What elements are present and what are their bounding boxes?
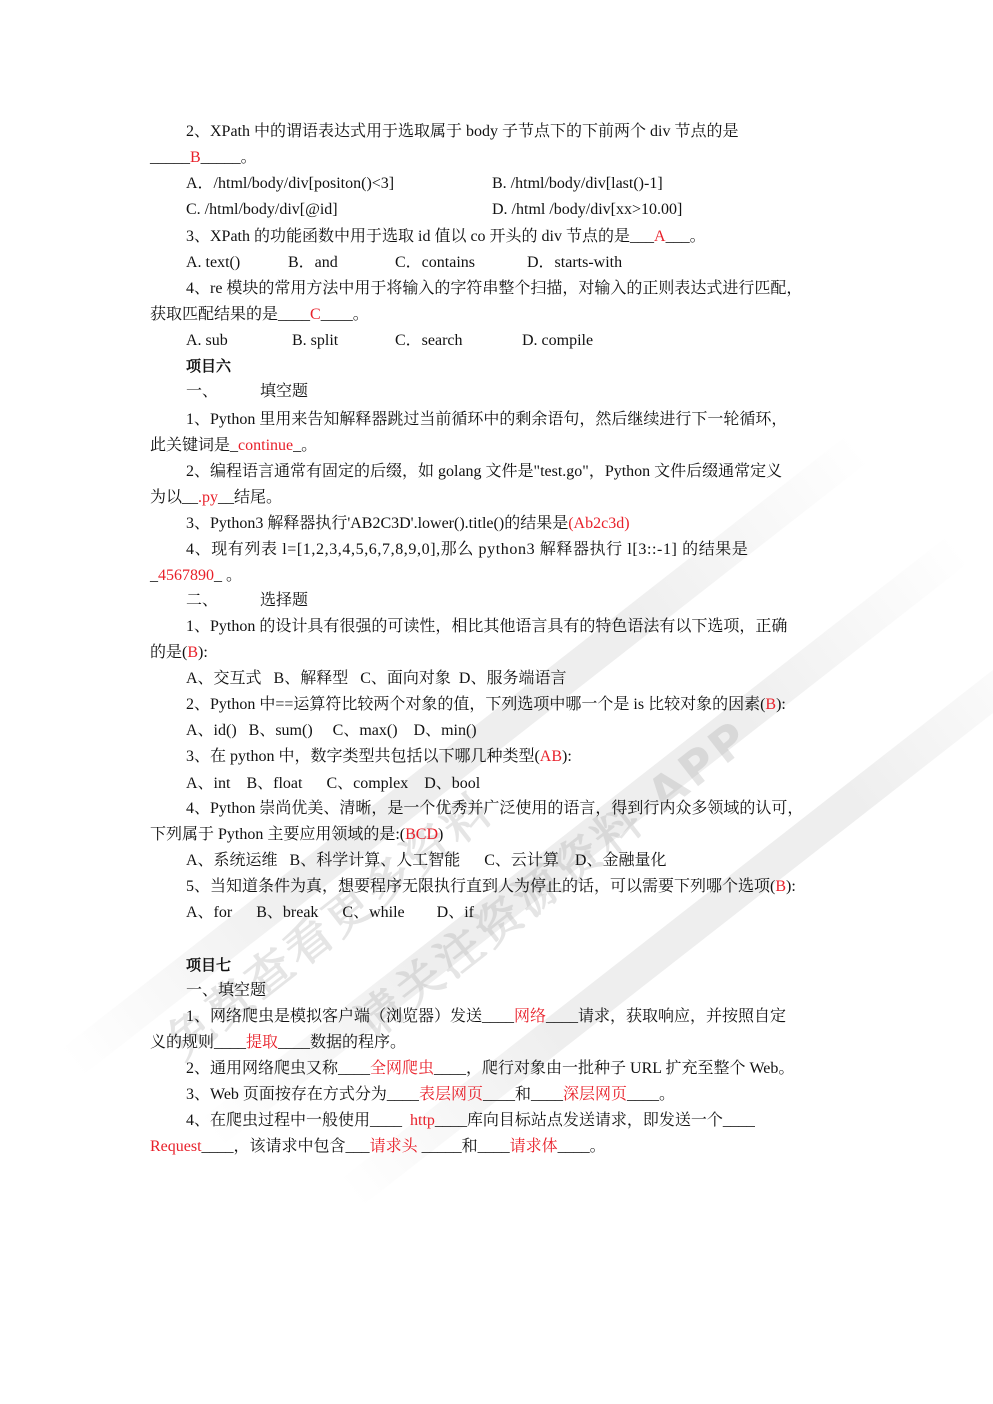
subsection-title: 一、填空题: [186, 981, 266, 1001]
answer: 提取: [246, 1034, 278, 1051]
option: B. /html/body/div[last()-1]: [492, 174, 663, 194]
answer-line: Request____，该请求中包含___请求头 _____和____请求体__…: [150, 1137, 606, 1157]
answer: AB: [540, 748, 562, 765]
option: C．search: [395, 331, 463, 351]
answer: continue: [238, 437, 293, 454]
answer: .py: [198, 489, 218, 506]
options-line: A、int B、float C、complex D、bool: [186, 774, 480, 794]
answer-line: 为以__.py__结尾。: [150, 488, 282, 508]
answer: C: [310, 306, 321, 323]
option: B．and: [288, 253, 338, 273]
subsection-title: 一、填空题: [186, 382, 308, 402]
answer-line: 义的规则____提取____数据的程序。: [150, 1033, 406, 1053]
answer: B: [187, 644, 198, 661]
option: C．contains: [395, 253, 475, 273]
answer: B: [765, 696, 776, 713]
question-line: 1、Python 的设计具有很强的可读性，相比其他语言具有的特色语法有以下选项，…: [186, 617, 787, 637]
section-title: 项目七: [186, 955, 231, 975]
question-line: 4、Python 崇尚优美、清晰，是一个优秀并广泛使用的语言，得到行内众多领域的…: [186, 799, 803, 819]
question-line: 2、XPath 中的谓语表达式用于选取属于 body 子节点下的下前两个 div…: [186, 122, 738, 142]
answer: 请求头: [370, 1138, 418, 1155]
question-line: 4、现有列表 l=[1,2,3,4,5,6,7,8,9,0],那么 python…: [186, 540, 749, 560]
question-line: 2、编程语言通常有固定的后缀，如 golang 文件是"test.go"，Pyt…: [186, 462, 782, 482]
answer: 全网爬虫: [370, 1060, 434, 1077]
answer-line: 下列属于 Python 主要应用领域的是:(BCD): [150, 825, 443, 845]
answer-line: _4567890_ 。: [150, 566, 242, 586]
answer-line: 此关键词是_continue_。: [150, 436, 317, 456]
answer: 4567890: [158, 567, 214, 584]
answer: 请求体: [510, 1138, 558, 1155]
answer: B: [775, 878, 786, 895]
options-line: A、交互式 B、解释型 C、面向对象 D、服务端语言: [186, 669, 566, 689]
question-line: 4、在爬虫过程中一般使用____ http____库向目标站点发送请求，即发送一…: [186, 1111, 755, 1131]
subsection-title: 二、选择题: [186, 591, 308, 611]
answer-line: 的是(B):: [150, 643, 208, 663]
question-line: 1、Python 里用来告知解释器跳过当前循环中的剩余语句，然后继续进行下一轮循…: [186, 410, 787, 430]
options-line: A、for B、break C、while D、if: [186, 903, 474, 923]
answer: Request: [150, 1138, 202, 1155]
answer: A: [654, 228, 666, 245]
question-line: 3、Web 页面按存在方式分为____表层网页____和____深层网页____…: [186, 1085, 675, 1105]
answer: http: [410, 1112, 435, 1129]
option: A. sub: [186, 331, 228, 351]
question-line: 5、当知道条件为真，想要程序无限执行直到人为停止的话，可以需要下列哪个选项(B)…: [186, 877, 796, 897]
answer: B: [190, 149, 201, 166]
question-line: 2、通用网络爬虫又称____全网爬虫____，爬行对象由一批种子 URL 扩充至…: [186, 1059, 794, 1079]
option: A. text(): [186, 253, 240, 273]
answer-line: _____B_____。: [150, 148, 257, 168]
answer: (Ab2c3d): [568, 515, 629, 532]
option: A．/html/body/div[positon()<3]: [186, 174, 394, 194]
answer: BCD: [405, 826, 438, 843]
question-line: 2、Python 中==运算符比较两个对象的值，下列选项中哪一个是 is 比较对…: [186, 695, 786, 715]
options-line: A、id() B、sum() C、max() D、min(): [186, 721, 477, 741]
option: D. compile: [522, 331, 593, 351]
answer-line: 获取匹配结果的是____C____。: [150, 305, 369, 325]
question-line: 3、在 python 中，数字类型共包括以下哪几种类型(AB):: [186, 747, 572, 767]
option: D．starts-with: [527, 253, 622, 273]
section-title: 项目六: [186, 356, 231, 376]
option: B. split: [292, 331, 338, 351]
option: C. /html/body/div[@id]: [186, 200, 338, 220]
option: D. /html /body/div[xx>10.00]: [492, 200, 682, 220]
answer: 深层网页: [563, 1086, 627, 1103]
question-line: 1、网络爬虫是模拟客户端（浏览器）发送____网络____请求，获取响应，并按照…: [186, 1007, 786, 1027]
answer: 表层网页: [419, 1086, 483, 1103]
answer: 网络: [514, 1008, 546, 1025]
question-line: 4、re 模块的常用方法中用于将输入的字符串整个扫描，对输入的正则表达式进行匹配…: [186, 279, 802, 299]
options-line: A、系统运维 B、科学计算、人工智能 C、云计算 D、金融量化: [186, 851, 666, 871]
question-line: 3、Python3 解释器执行'AB2C3D'.lower().title()的…: [186, 514, 630, 534]
question-line: 3、XPath 的功能函数中用于选取 id 值以 co 开头的 div 节点的是…: [186, 227, 706, 247]
